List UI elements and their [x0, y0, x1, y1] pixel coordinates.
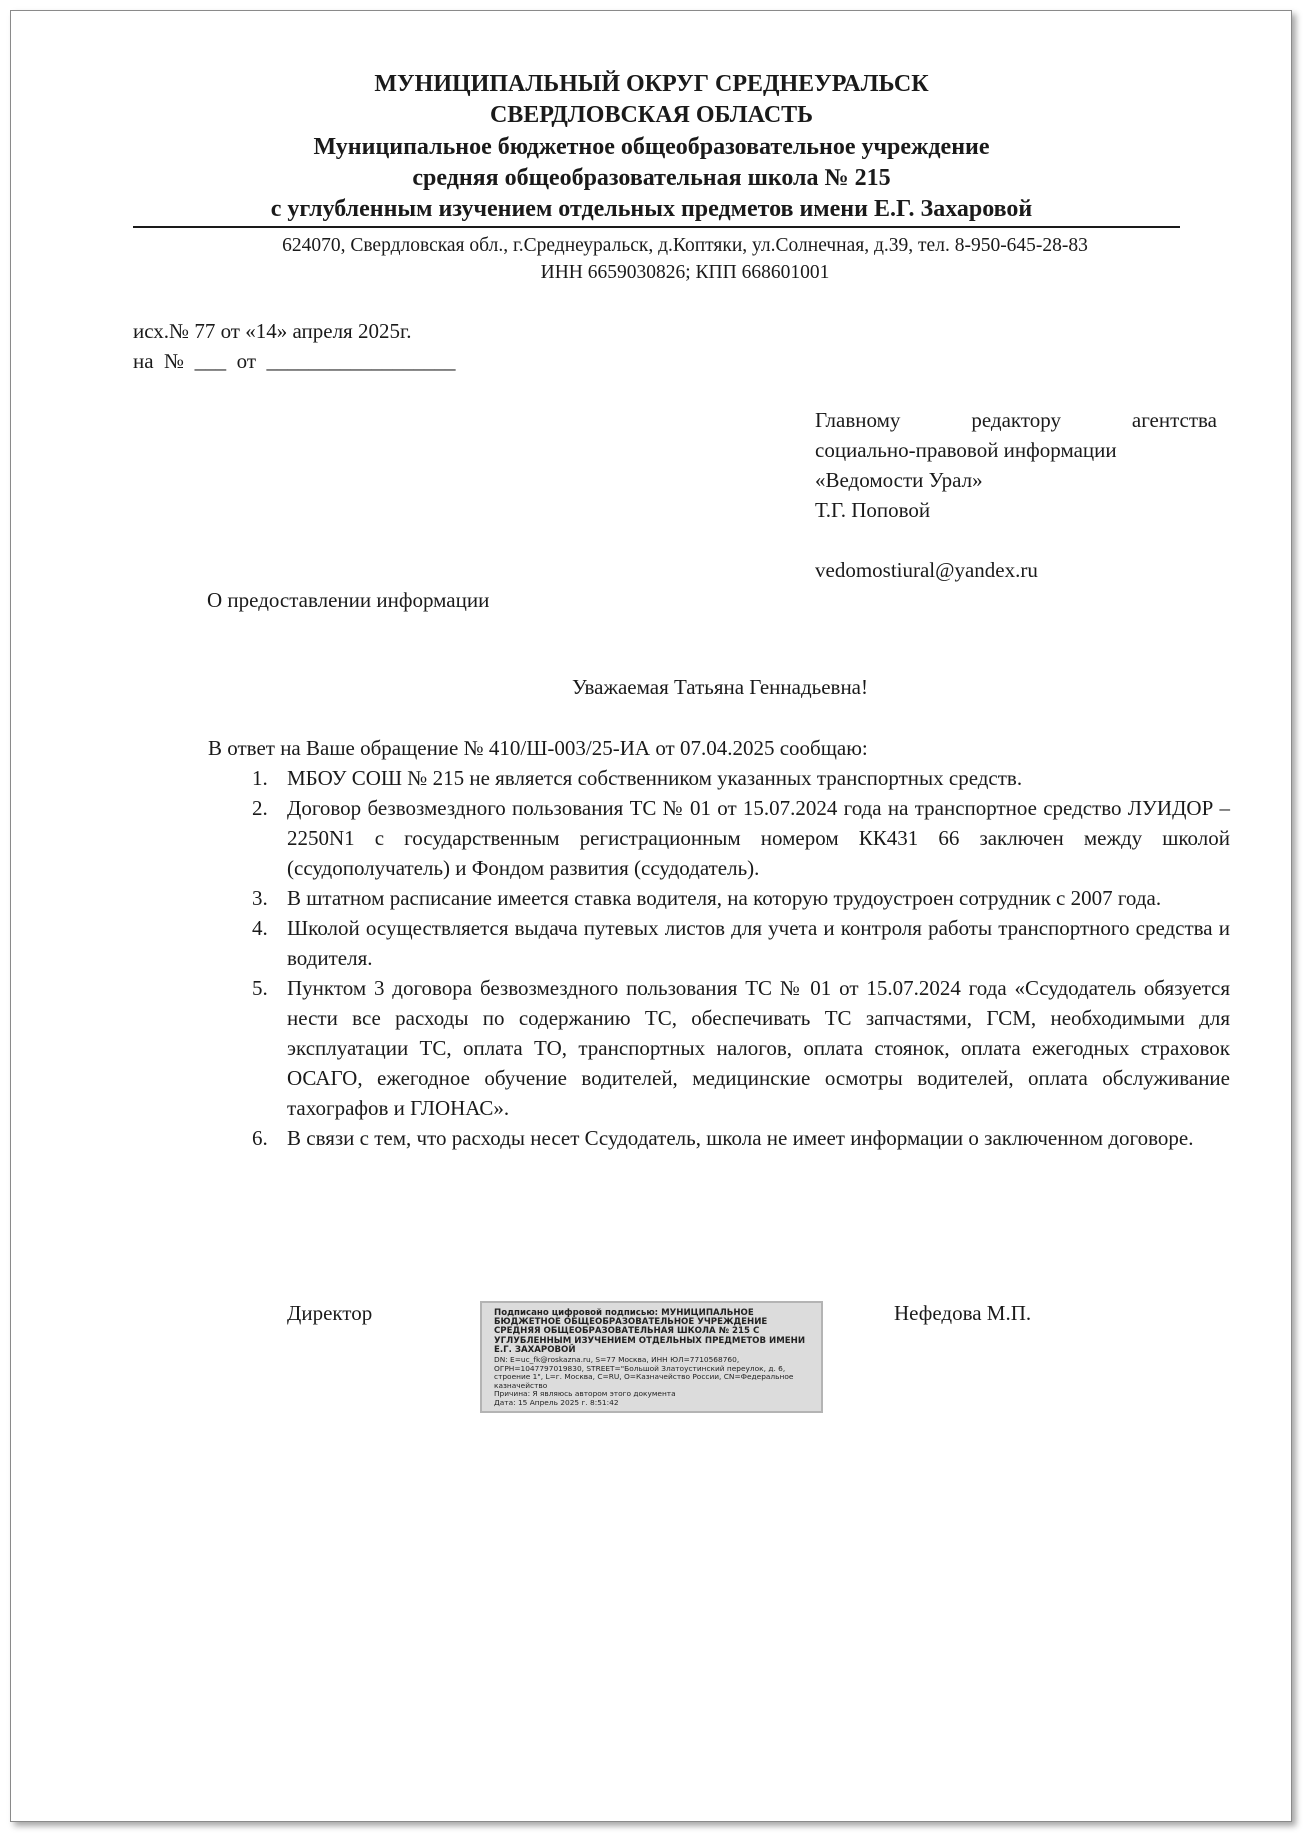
letterhead-divider [133, 226, 1180, 228]
letterhead-address: 624070, Свердловская обл., г.Среднеураль… [190, 232, 1180, 259]
response-list: 1.МБОУ СОШ № 215 не является собственник… [208, 763, 1230, 1153]
list-text: Пунктом 3 договора безвозмездного пользо… [287, 976, 1230, 1120]
letterhead-school-specialization: с углубленным изучением отдельных предме… [0, 194, 1303, 225]
list-item: 6.В связи с тем, что расходы несет Ссудо… [208, 1123, 1230, 1153]
recipient-line: Т.Г. Поповой [815, 495, 1217, 525]
list-text: В связи с тем, что расходы несет Ссудода… [287, 1126, 1193, 1150]
list-number: 6. [252, 1123, 268, 1153]
list-text: Школой осуществляется выдача путевых лис… [287, 916, 1230, 970]
signatory-name: Нефедова М.П. [894, 1298, 1031, 1328]
recipient-line: Главному редактору агентства [815, 405, 1217, 435]
letterhead-region: СВЕРДЛОВСКАЯ ОБЛАСТЬ [0, 100, 1303, 131]
greeting: Уважаемая Татьяна Геннадьевна! [0, 672, 1303, 702]
list-number: 5. [252, 973, 268, 1003]
reply-to-ref: на № ___ от __________________ [133, 346, 456, 376]
list-item: 4.Школой осуществляется выдача путевых л… [208, 913, 1230, 973]
list-text: МБОУ СОШ № 215 не является собственником… [287, 766, 1022, 790]
letterhead-school: средняя общеобразовательная школа № 215 [0, 163, 1303, 194]
recipient-line: «Ведомости Урал» [815, 465, 1217, 495]
body-intro: В ответ на Ваше обращение № 410/Ш-003/25… [208, 733, 1230, 763]
list-text: Договор безвозмездного пользования ТС № … [287, 796, 1230, 880]
list-text: В штатном расписание имеется ставка води… [287, 886, 1161, 910]
recipient-email: vedomostiural@yandex.ru [815, 555, 1217, 585]
letterhead-title: МУНИЦИПАЛЬНЫЙ ОКРУГ СРЕДНЕУРАЛЬСК [0, 69, 1303, 100]
list-number: 3. [252, 883, 268, 913]
list-number: 1. [252, 763, 268, 793]
outgoing-ref: исх.№ 77 от «14» апреля 2025г. [133, 316, 411, 346]
letterhead-tax-ids: ИНН 6659030826; КПП 668601001 [190, 259, 1180, 286]
list-item: 1.МБОУ СОШ № 215 не является собственник… [208, 763, 1230, 793]
letter-body: В ответ на Ваше обращение № 410/Ш-003/25… [208, 733, 1230, 1153]
list-item: 5.Пунктом 3 договора безвозмездного поль… [208, 973, 1230, 1123]
stamp-title: Подписано цифровой подписью: МУНИЦИПАЛЬН… [494, 1309, 813, 1355]
stamp-dn: DN: E=uc_fk@roskazna.ru, S=77 Москва, ИН… [494, 1356, 813, 1390]
list-number: 4. [252, 913, 268, 943]
list-item: 2.Договор безвозмездного пользования ТС … [208, 793, 1230, 883]
stamp-date: Дата: 15 Апрель 2025 г. 8:51:42 [494, 1399, 813, 1408]
digital-signature-stamp: Подписано цифровой подписью: МУНИЦИПАЛЬН… [480, 1301, 823, 1413]
letterhead-institution: Муниципальное бюджетное общеобразователь… [0, 132, 1303, 163]
recipient-block: Главному редактору агентства социально-п… [815, 405, 1217, 585]
list-number: 2. [252, 793, 268, 823]
list-item: 3.В штатном расписание имеется ставка во… [208, 883, 1230, 913]
recipient-line: социально-правовой информации [815, 435, 1217, 465]
signatory-position: Директор [287, 1298, 372, 1328]
letter-subject: О предоставлении информации [207, 585, 489, 615]
